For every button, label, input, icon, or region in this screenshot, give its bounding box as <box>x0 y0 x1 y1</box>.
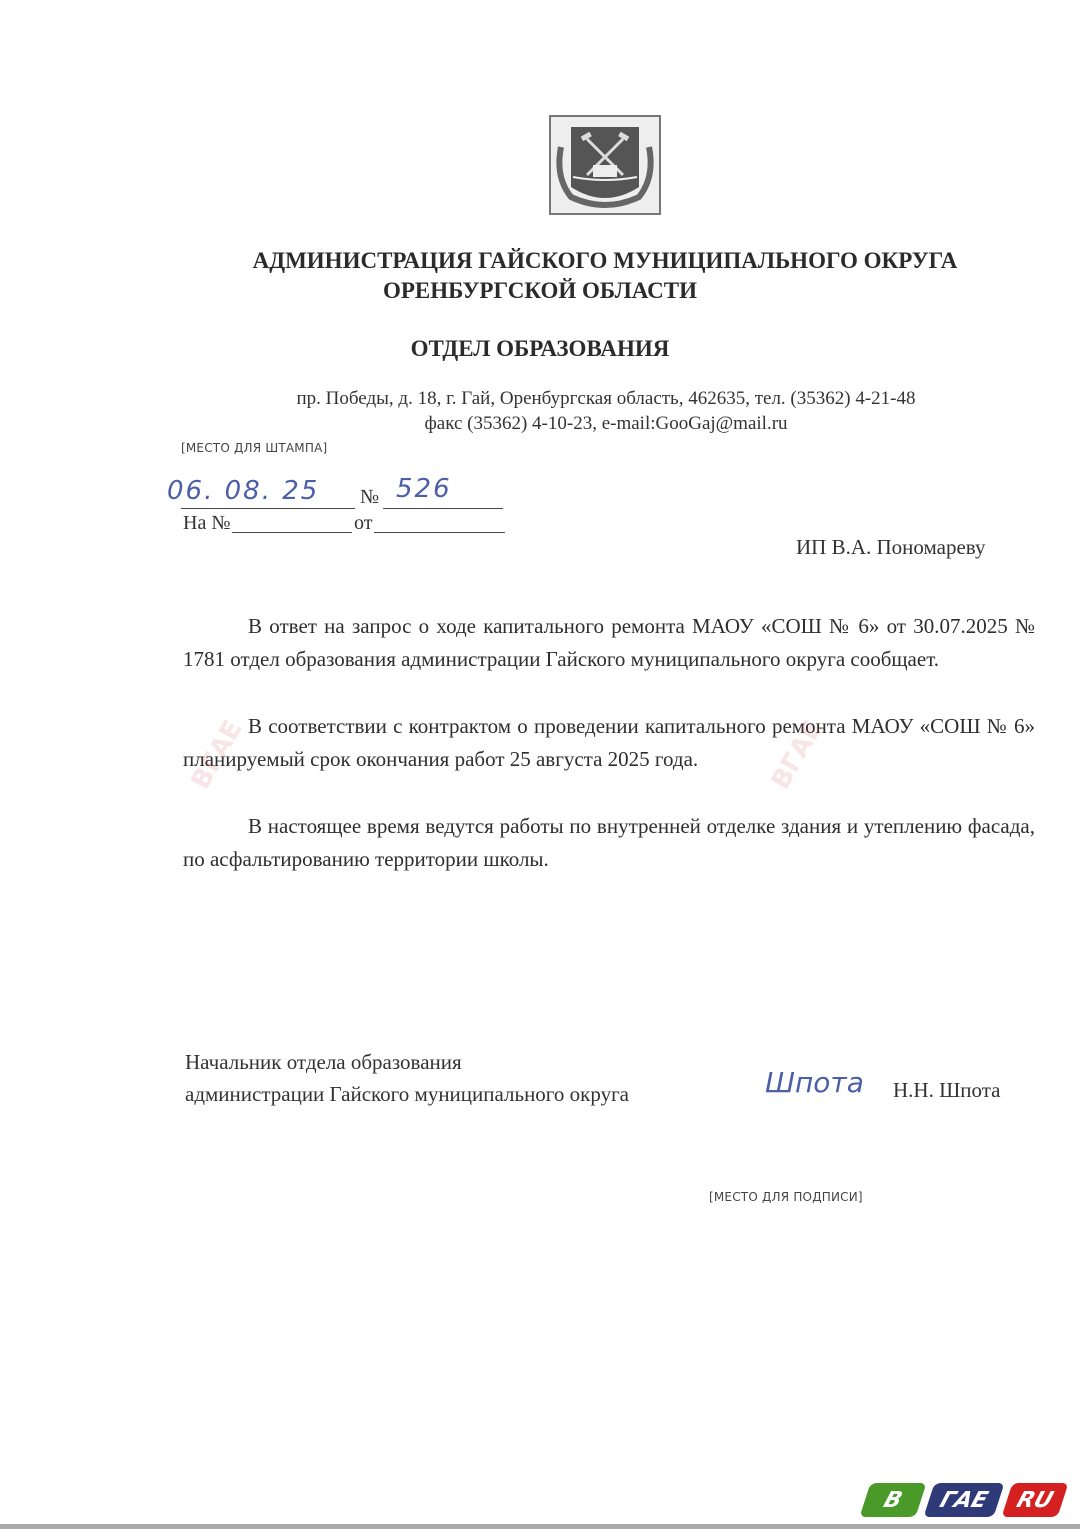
address-line2: факс (35362) 4-10-23, e-mail:GooGaj@mail… <box>66 413 1080 435</box>
org-name-line1: АДМИНИСТРАЦИЯ ГАЙСКОГО МУНИЦИПАЛЬНОГО ОК… <box>65 248 1080 274</box>
from-label: от <box>354 512 372 535</box>
site-logo[interactable]: В ГАЕ RU <box>865 1483 1063 1517</box>
signature-placeholder: [МЕСТО ДЛЯ ПОДПИСИ] <box>709 1190 863 1204</box>
address-line1: пр. Победы, д. 18, г. Гай, Оренбургская … <box>66 388 1080 410</box>
body-paragraph-3: В настоящее время ведутся работы по внут… <box>183 810 1035 876</box>
number-label: № <box>360 486 379 509</box>
body-paragraph-1: В ответ на запрос о ходе капитального ре… <box>183 610 1035 676</box>
recipient: ИП В.А. Пономареву <box>796 535 986 560</box>
logo-tile-gae: ГАЕ <box>923 1483 1004 1517</box>
signer-name: Н.Н. Шпота <box>893 1078 1000 1103</box>
paragraph-text: В настоящее время ведутся работы по внут… <box>183 814 1035 871</box>
paragraph-text: В соответствии с контрактом о проведении… <box>183 714 1035 771</box>
number-underline <box>383 508 503 509</box>
handwritten-signature: Шпота <box>765 1066 864 1099</box>
stamp-placeholder: [МЕСТО ДЛЯ ШТАМПА] <box>181 441 327 455</box>
signer-position-line2: администрации Гайского муниципального ок… <box>185 1082 629 1107</box>
handwritten-number: 526 <box>396 474 452 504</box>
logo-tile-ru: RU <box>1001 1483 1068 1517</box>
reply-date-underline <box>374 532 505 533</box>
body-paragraph-2: В соответствии с контрактом о проведении… <box>183 710 1035 776</box>
signer-position-line1: Начальник отдела образования <box>185 1050 462 1075</box>
date-underline <box>181 508 355 509</box>
coat-of-arms-icon <box>551 117 659 213</box>
coat-of-arms-emblem <box>549 115 661 215</box>
reply-number-underline <box>232 532 352 533</box>
handwritten-date: 06. 08. 25 <box>167 476 319 506</box>
department-title: ОТДЕЛ ОБРАЗОВАНИЯ <box>0 336 1080 362</box>
reply-to-label: На № <box>183 512 230 535</box>
org-name-line2: ОРЕНБУРГСКОЙ ОБЛАСТИ <box>0 278 1080 304</box>
bottom-border <box>0 1524 1080 1529</box>
paragraph-text: В ответ на запрос о ходе капитального ре… <box>183 614 1035 671</box>
logo-tile-v: В <box>859 1483 926 1517</box>
